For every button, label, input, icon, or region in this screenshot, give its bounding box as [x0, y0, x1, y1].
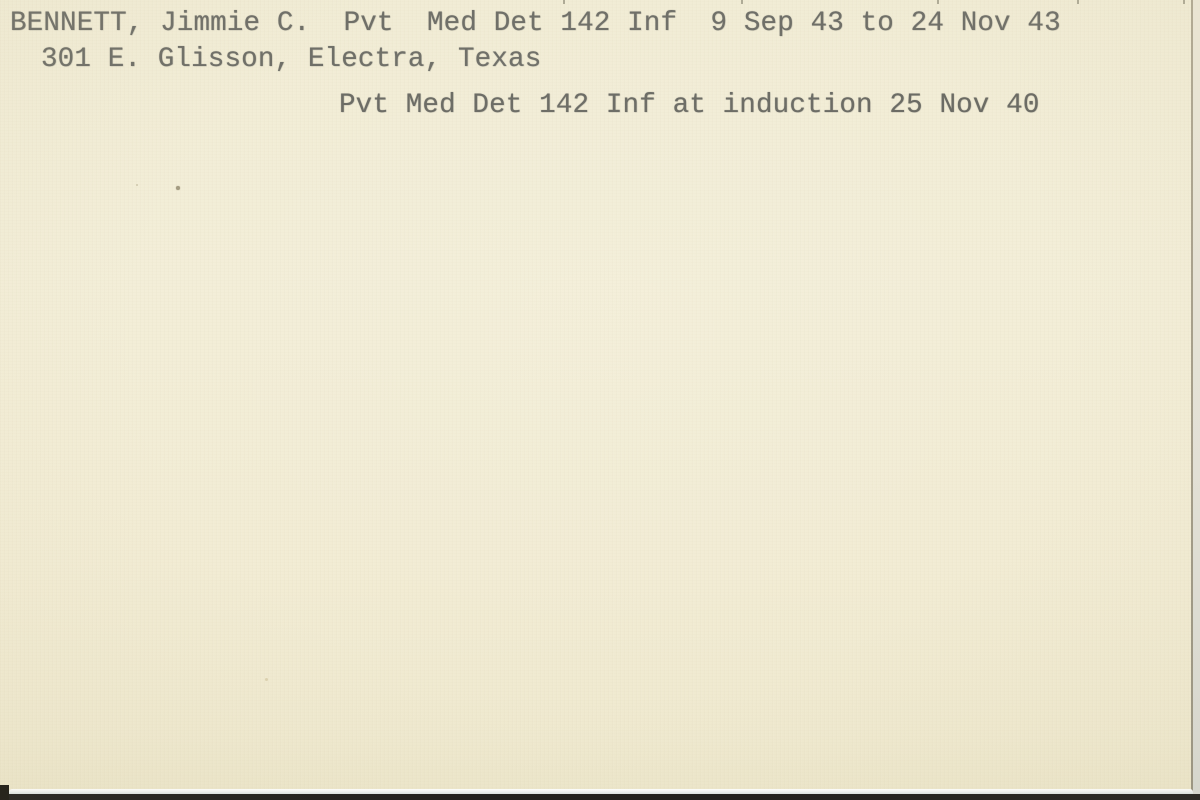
card-line-address: 301 E. Glisson, Electra, Texas [41, 46, 541, 74]
card-right-edge-line [1191, 0, 1193, 795]
card-right-margin [1193, 0, 1200, 800]
scanner-corner-notch [0, 785, 9, 800]
scanned-index-card: BENNETT, Jimmie C. Pvt Med Det 142 Inf 9… [0, 0, 1200, 800]
card-line-induction-record: Pvt Med Det 142 Inf at induction 25 Nov … [339, 92, 1040, 120]
scan-artifact [1077, 0, 1079, 4]
scan-artifact [1183, 0, 1185, 4]
paper-speck [265, 678, 268, 681]
scan-artifact [741, 0, 743, 4]
card-line-name-rank-unit-dates: BENNETT, Jimmie C. Pvt Med Det 142 Inf 9… [10, 10, 1061, 38]
paper-speck [176, 186, 180, 190]
scan-artifact [563, 0, 565, 4]
scanner-bottom-edge [6, 794, 1200, 800]
scan-artifact [937, 0, 939, 4]
paper-speck [136, 184, 138, 186]
